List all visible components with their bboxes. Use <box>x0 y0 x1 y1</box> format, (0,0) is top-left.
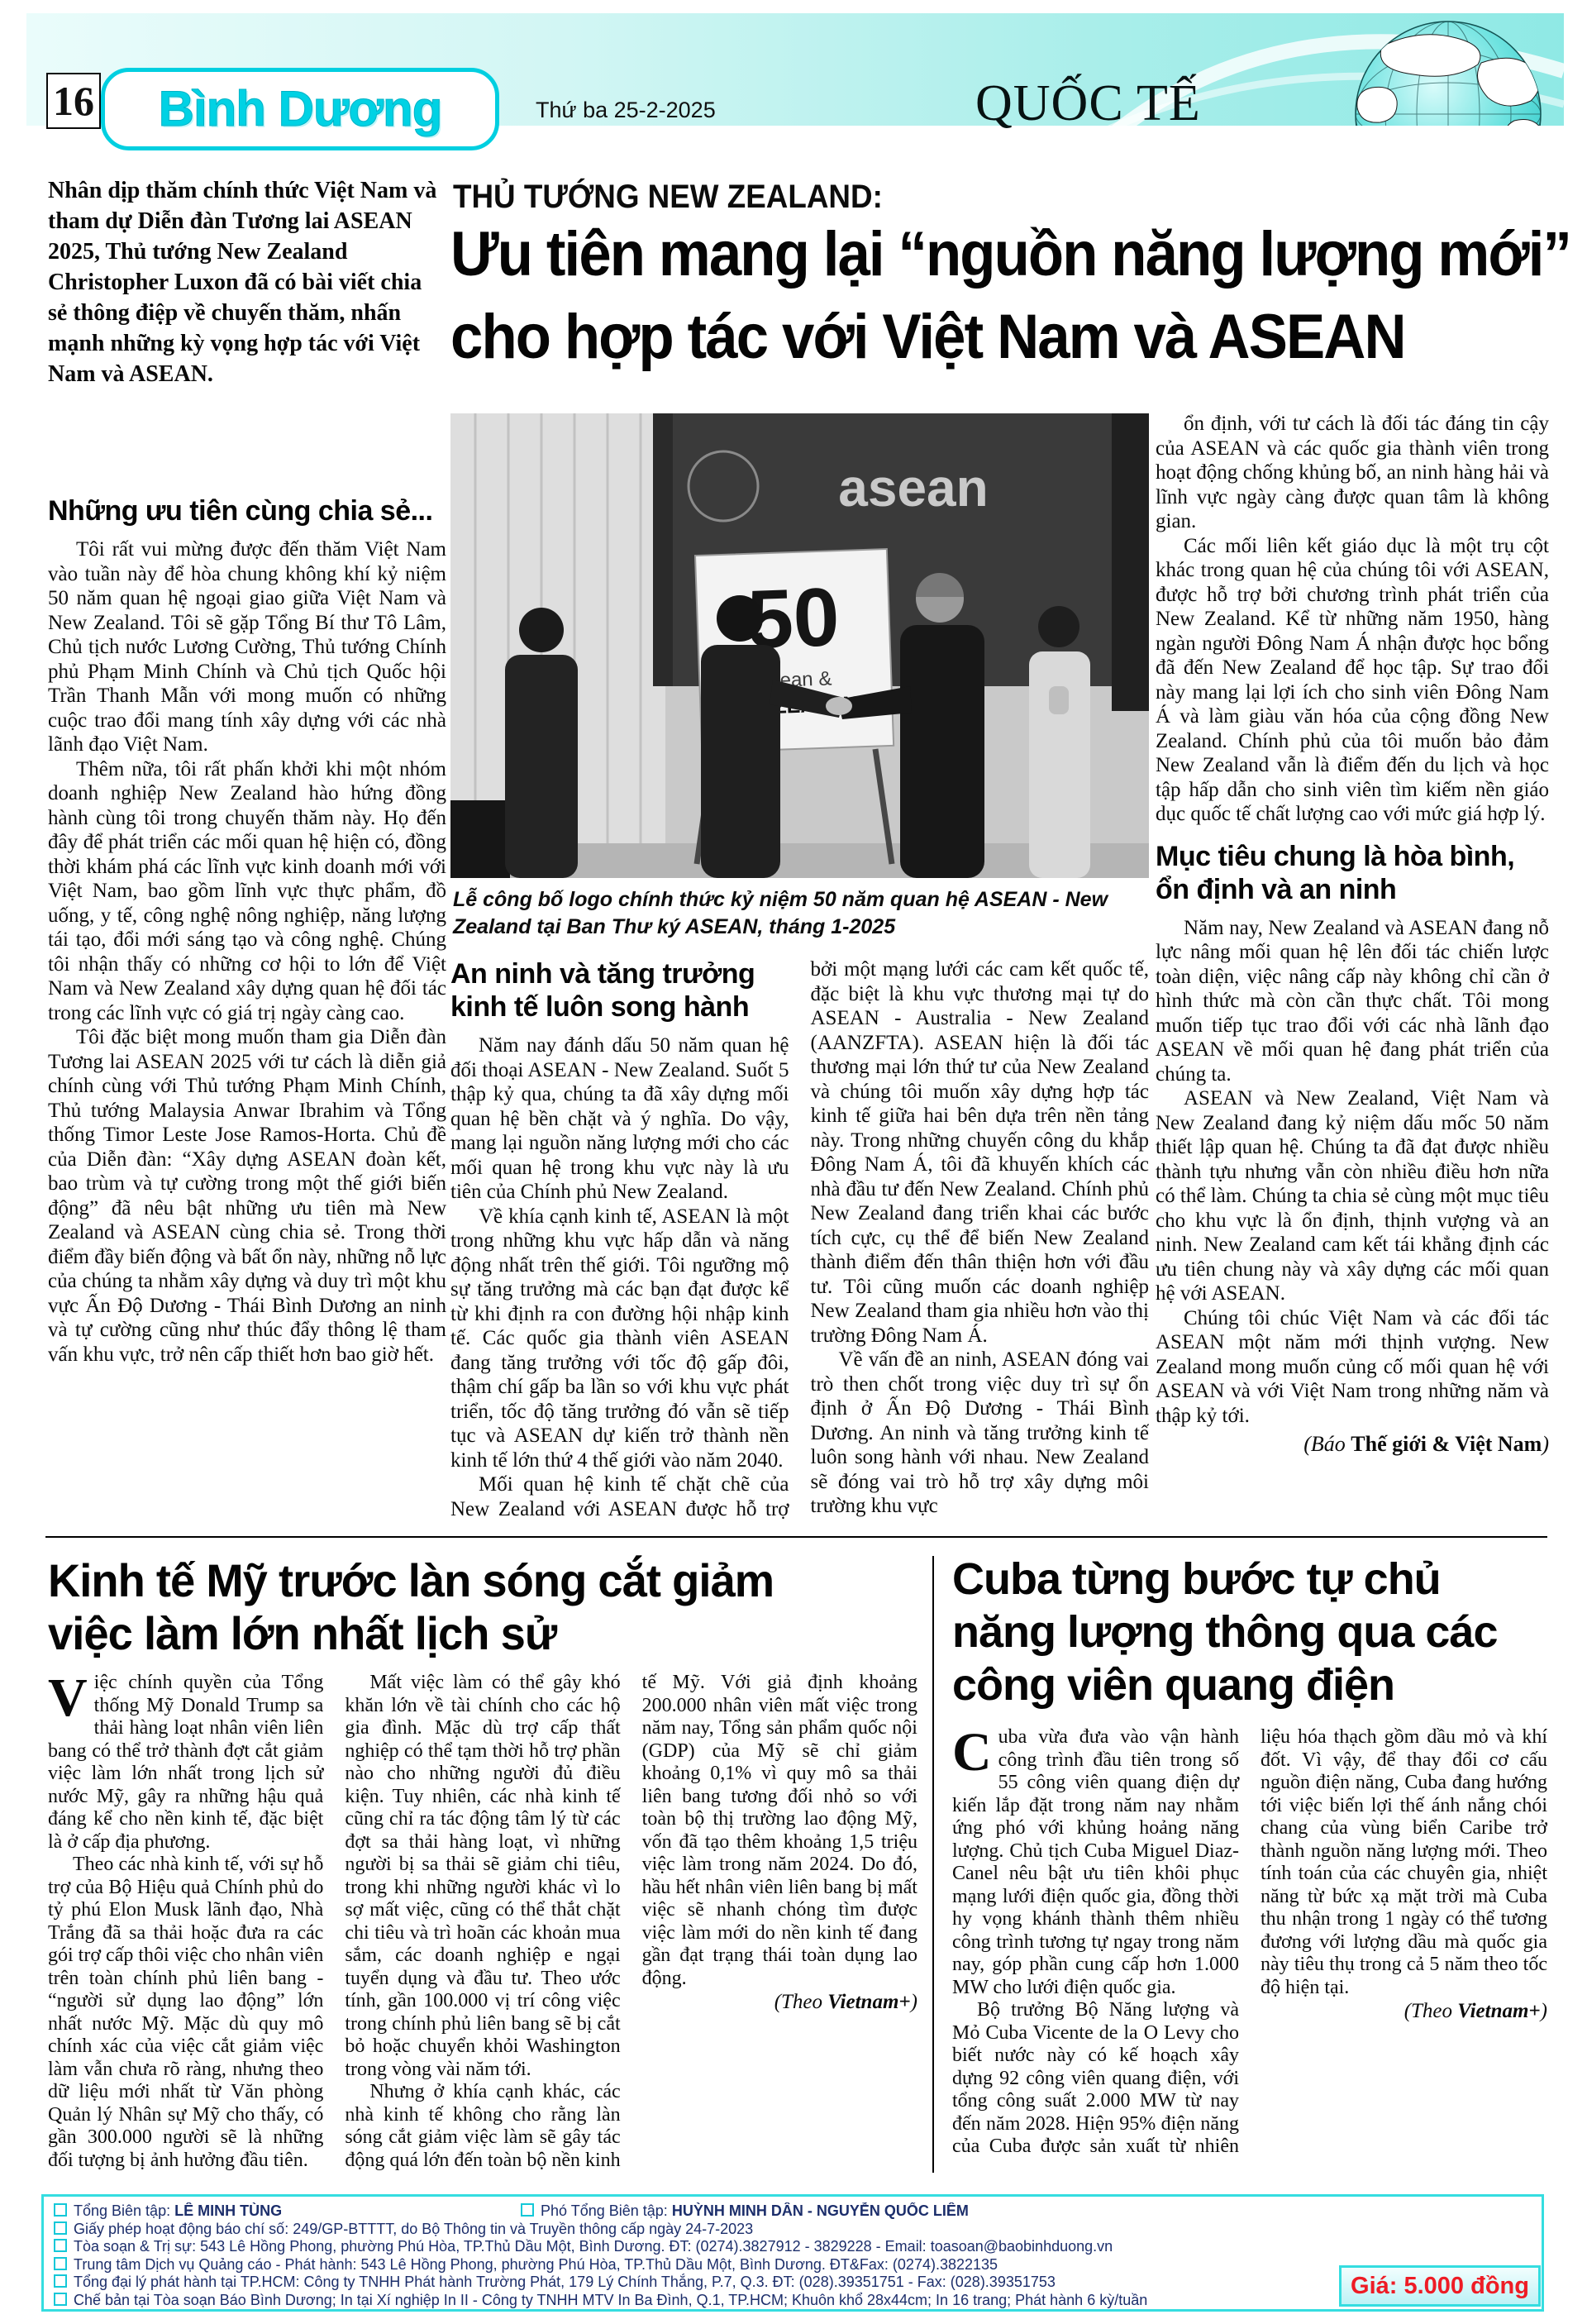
section-title: QUỐC TẾ <box>975 78 1201 138</box>
cuba-headline-line1: Cuba từng bước tự chủ <box>952 1553 1549 1606</box>
newspaper-page: QUỐC TẾ 16 Bình Dương Thứ ba 25-2-2025 N… <box>0 0 1587 2324</box>
paragraph: Về khía cạnh kinh tế, ASEAN là một trong… <box>450 1205 789 1473</box>
price-badge: Giá: 5.000 đồng <box>1339 2265 1541 2307</box>
article-column-left: Những ưu tiên cùng chia sẻ... Tôi rất vu… <box>48 494 446 1531</box>
us-article-body: Việc chính quyền của Tổng thống Mỹ Donal… <box>48 1672 917 2176</box>
article-kicker: THỦ TƯỚNG NEW ZEALAND: <box>453 180 883 213</box>
masthead-text: Bình Dương <box>159 84 442 134</box>
main-headline: Ưu tiên mang lại “nguồn năng lượng mới” … <box>450 213 1515 379</box>
section-heading-2: An ninh và tăng trưởng kinh tế luôn song… <box>450 957 789 1024</box>
photo-backdrop-asean-text: asean <box>838 458 988 518</box>
paragraph: Về vấn đề an ninh, ASEAN đóng vai trò th… <box>811 1348 1150 1519</box>
square-bullet-icon <box>521 2203 534 2217</box>
article-column-right: ổn định, với tư cách là đối tác đáng tin… <box>1156 412 1549 1529</box>
cuba-article-byline: (Theo Vietnam+) <box>1261 1999 1547 2024</box>
imprint-line: Tòa soạn & Trị sự: 543 Lê Hồng Phong, ph… <box>54 2238 1532 2256</box>
paragraph: Theo các nhà kinh tế, với sự hỗ trợ của … <box>48 1854 323 2172</box>
us-headline-line2: việc làm lớn nhất lịch sử <box>48 1607 902 1660</box>
drop-cap: C <box>952 1726 998 1776</box>
main-headline-line1: Ưu tiên mang lại “nguồn năng lượng mới” <box>450 213 1515 296</box>
us-article-headline: Kinh tế Mỹ trước làn sóng cắt giảm việc … <box>48 1554 902 1660</box>
photo-illustration: asean 50 asean & NEW ZEALAND <box>450 413 1149 878</box>
us-article-byline: (Theo Vietnam+) <box>642 1990 917 2015</box>
square-bullet-icon <box>54 2293 67 2306</box>
horizontal-divider <box>45 1536 1547 1538</box>
section-heading-3: Mục tiêu chung là hòa bình, ổn định và a… <box>1156 840 1549 906</box>
imprint-line: Tổng Biên tập: LÊ MINH TÙNG Phó Tổng Biê… <box>54 2202 1532 2221</box>
paragraph: Tôi rất vui mừng được đến thăm Việt Nam … <box>48 537 446 757</box>
article-intro: Nhân dịp thăm chính thức Việt Nam và tha… <box>48 175 446 389</box>
paragraph: Cuba vừa đưa vào vận hành công trình đầu… <box>952 1726 1239 1999</box>
imprint-line: Tổng đại lý phát hành tại TP.HCM: Công t… <box>54 2274 1532 2292</box>
square-bullet-icon <box>54 2221 67 2235</box>
imprint-box: Tổng Biên tập: LÊ MINH TÙNG Phó Tổng Biê… <box>41 2194 1544 2312</box>
cuba-headline-line3: công viên quang điện <box>952 1658 1549 1711</box>
paragraph: Các mối liên kết giáo dục là một trụ cột… <box>1156 534 1549 827</box>
paragraph: Việc chính quyền của Tổng thống Mỹ Donal… <box>48 1672 323 1854</box>
square-bullet-icon <box>54 2274 67 2288</box>
paragraph: Mất việc làm có thể gây khó khăn lớn về … <box>345 1672 620 2081</box>
dateline: Thứ ba 25-2-2025 <box>536 99 716 122</box>
paragraph: ổn định, với tư cách là đối tác đáng tin… <box>1156 412 1549 534</box>
masthead-logo: Bình Dương <box>101 68 499 150</box>
main-headline-line2: cho hợp tác với Việt Nam và ASEAN <box>450 296 1515 379</box>
article-photo: asean 50 asean & NEW ZEALAND <box>450 413 1149 878</box>
paragraph: ASEAN và New Zealand, Việt Nam và New Ze… <box>1156 1086 1549 1306</box>
us-headline-line1: Kinh tế Mỹ trước làn sóng cắt giảm <box>48 1554 902 1607</box>
cuba-article-body: Cuba vừa đưa vào vận hành công trình đầu… <box>952 1726 1547 2174</box>
paragraph: Năm nay đánh dấu 50 năm quan hệ đối thoạ… <box>450 1033 789 1205</box>
article-columns-middle: An ninh và tăng trưởng kinh tế luôn song… <box>450 957 1149 1529</box>
section-heading-1: Những ưu tiên cùng chia sẻ... <box>48 494 446 527</box>
drop-cap: V <box>48 1672 94 1721</box>
paragraph: Tôi đặc biệt mong muốn tham gia Diễn đàn… <box>48 1025 446 1367</box>
photo-caption: Lễ công bố logo chính thức kỷ niệm 50 nă… <box>453 886 1147 941</box>
square-bullet-icon <box>54 2203 67 2217</box>
cuba-headline-line2: năng lượng thông qua các <box>952 1606 1549 1658</box>
paragraph: Chúng tôi chúc Việt Nam và các đối tác A… <box>1156 1306 1549 1429</box>
cuba-article-headline: Cuba từng bước tự chủ năng lượng thông q… <box>952 1553 1549 1711</box>
imprint-line: Chế bản tại Tòa soạn Báo Bình Dương; In … <box>54 2292 1532 2310</box>
paragraph: Năm nay, New Zealand và ASEAN đang nỗ lự… <box>1156 916 1549 1087</box>
imprint-line: Giấy phép hoạt động báo chí số: 249/GP-B… <box>54 2221 1532 2239</box>
vertical-divider <box>932 1556 934 2173</box>
square-bullet-icon <box>54 2257 67 2270</box>
paragraph: Thêm nữa, tôi rất phấn khởi khi một nhóm… <box>48 757 446 1026</box>
page-number: 16 <box>46 73 101 129</box>
imprint-line: Trung tâm Dịch vụ Quảng cáo - Phát hành:… <box>54 2256 1532 2274</box>
main-article-byline: (Báo Thế giới & Việt Nam) <box>1156 1431 1549 1458</box>
square-bullet-icon <box>54 2239 67 2252</box>
